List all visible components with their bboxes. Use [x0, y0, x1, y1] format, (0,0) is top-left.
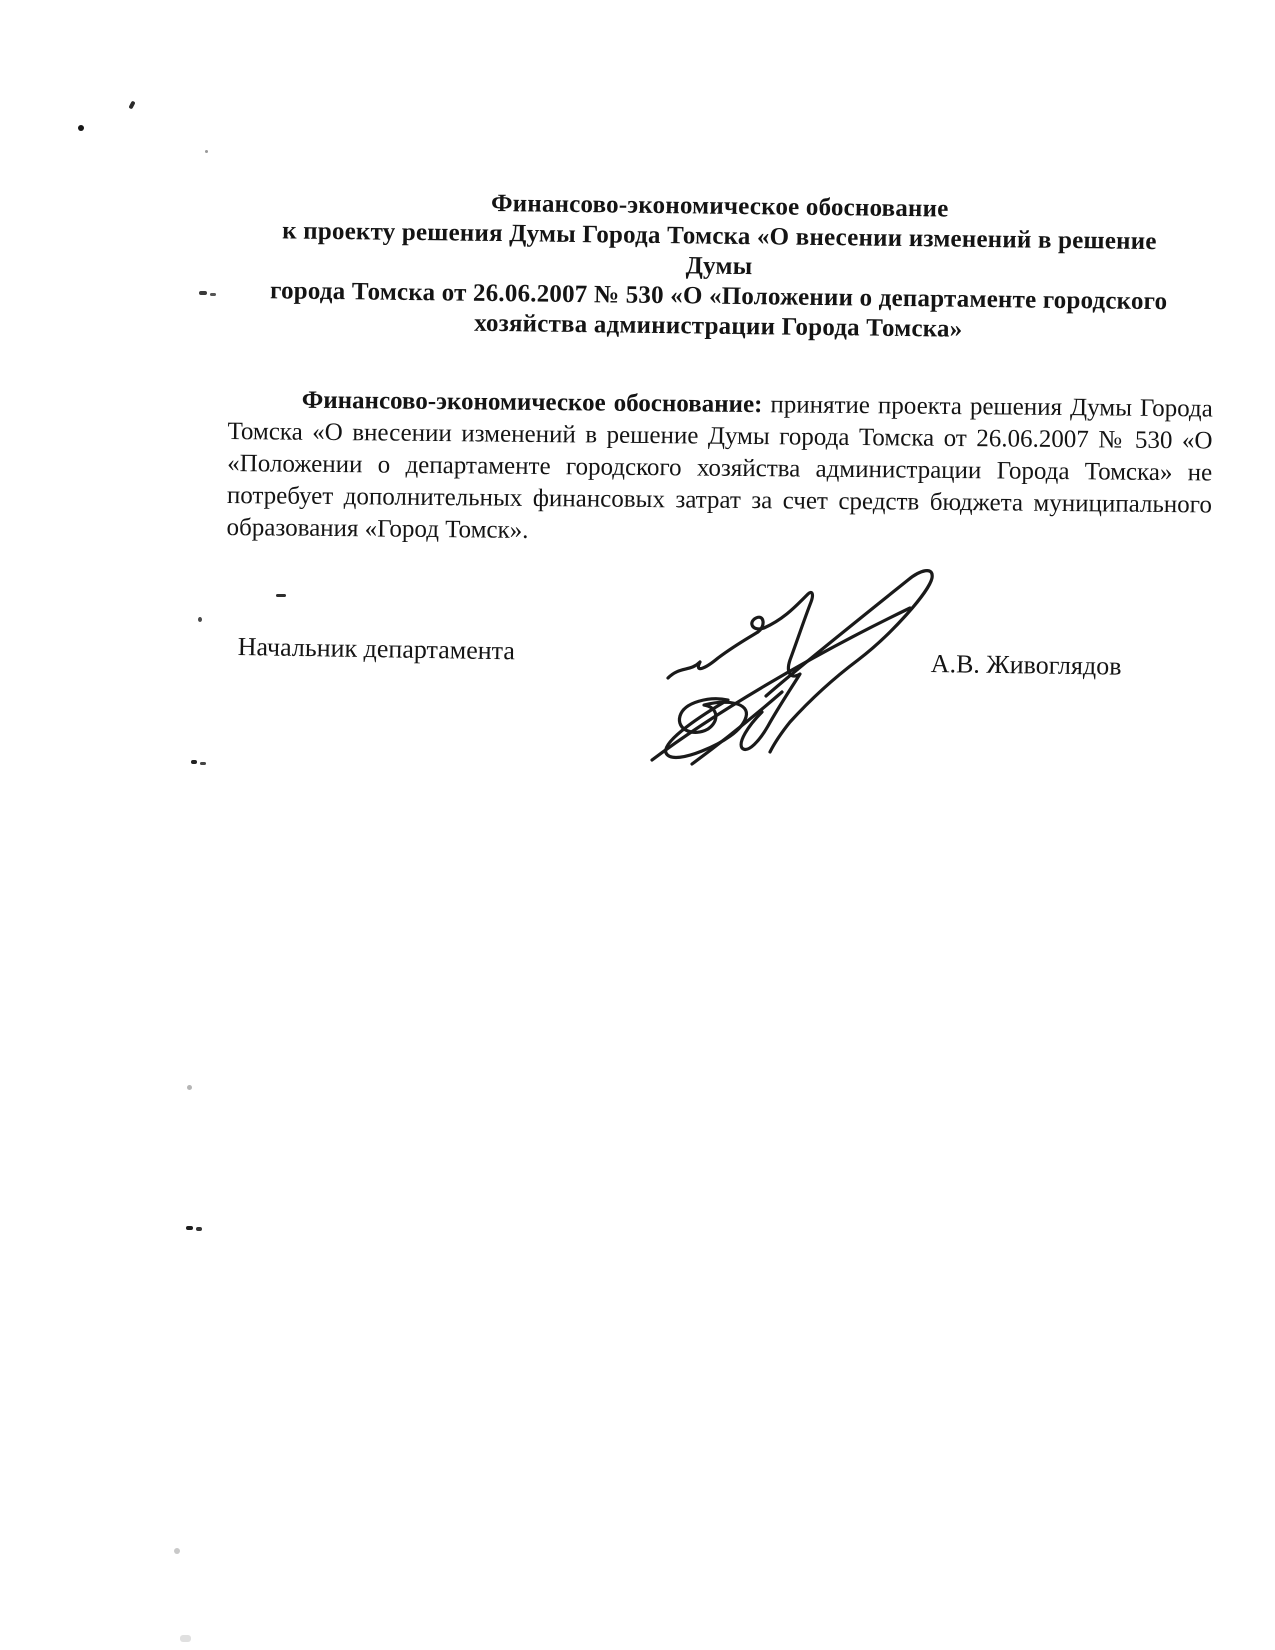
scan-speckle: [187, 1085, 192, 1090]
signer-name: А.В. Живоглядов: [931, 649, 1122, 682]
scan-speckle: [205, 150, 208, 153]
scan-speckle: [200, 762, 206, 765]
body-line-1-rest: принятие проекта решения Думы Города: [762, 391, 1213, 422]
body-paragraph: Финансово-экономическое обоснование: при…: [226, 384, 1212, 553]
scan-speckle: [210, 293, 216, 296]
scan-speckle: [276, 594, 286, 597]
signer-position-label: Начальник департамента: [238, 632, 516, 666]
scan-speckle: [186, 1226, 193, 1230]
scanned-document-page: Финансово-экономическое обоснование к пр…: [0, 0, 1275, 1650]
scan-speckle: [198, 617, 202, 622]
scan-speckle: [199, 291, 207, 295]
scan-speckle: [180, 1635, 191, 1642]
document-title: Финансово-экономическое обоснование к пр…: [248, 186, 1190, 347]
scan-speckle: [196, 1227, 202, 1231]
scan-speckle: [174, 1548, 180, 1554]
scan-speckle: [191, 760, 197, 764]
body-lead-bold: Финансово-экономическое обоснование:: [302, 387, 763, 418]
handwritten-signature-icon: [630, 550, 950, 770]
scan-speckle: [128, 101, 135, 110]
scan-speckle: [78, 125, 84, 131]
